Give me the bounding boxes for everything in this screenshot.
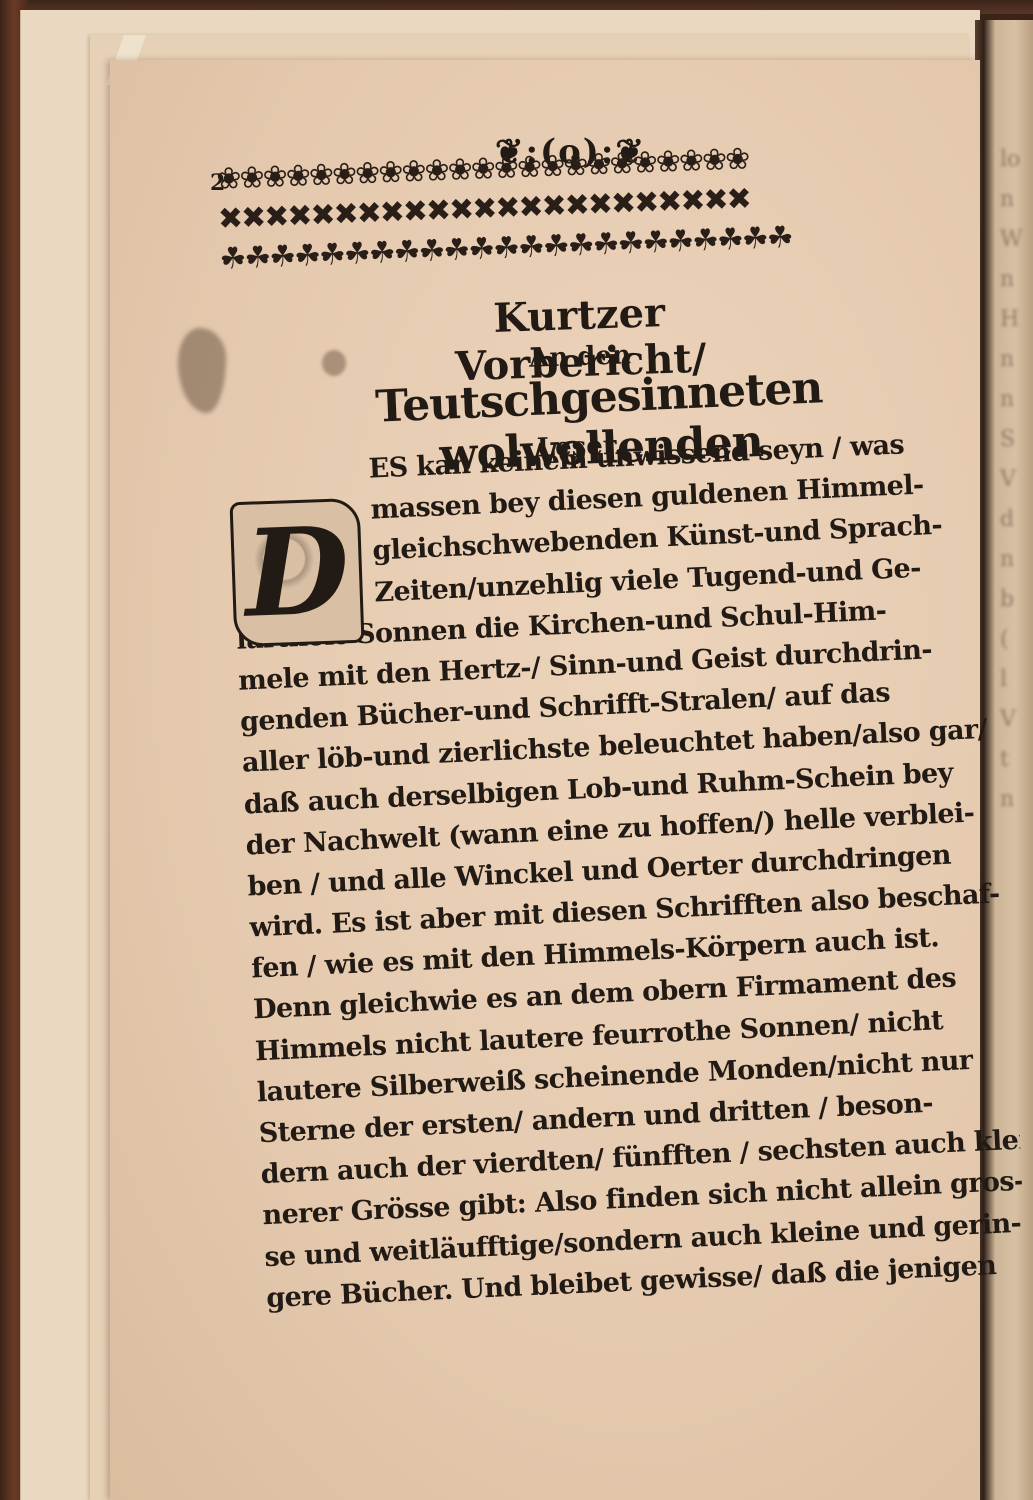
ink-stain-small — [322, 350, 346, 376]
ornamental-drop-cap: D — [230, 498, 365, 647]
drop-cap-letter: D — [243, 511, 351, 635]
